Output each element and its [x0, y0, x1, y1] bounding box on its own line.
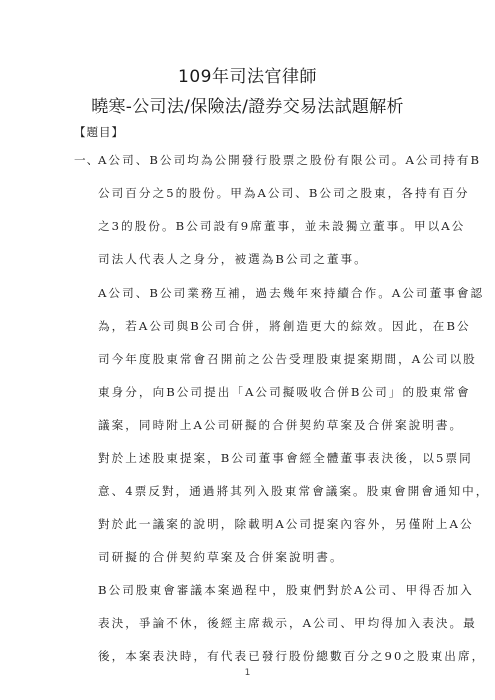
page-number: 1 — [0, 668, 495, 678]
text-line: 對於上述股東提案，B公司董事會經全體董事表決後，以5票同 — [98, 450, 473, 466]
text-line: A公司、B公司均為公開發行股票之股份有限公司。A公司持有B — [98, 152, 481, 168]
text-line: 議案，同時附上A公司研擬的合併契約草案及合併案說明書。 — [98, 417, 463, 433]
text-line: 表決，爭論不休，後經主席裁示，A公司、甲均得加入表決。最 — [98, 615, 477, 631]
text-line: 對於此一議案的說明，除載明A公司提案內容外，另僅附上A公 — [98, 516, 474, 532]
text-line: 東身分，向B公司提出「A公司擬吸收合併B公司」的股東常會 — [98, 384, 471, 400]
document-page: 109年司法官律師 曉寒-公司法/保險法/證券交易法試題解析 【題目】 一、 A… — [0, 0, 495, 700]
question-number: 一、 — [74, 152, 99, 168]
section-label: 【題目】 — [74, 124, 124, 140]
text-line: 為，若A公司與B公司合併，將創造更大的綜效。因此，在B公 — [98, 318, 471, 334]
text-line: 意、4票反對，通過將其列入股東常會議案。股東會開會通知中， — [98, 483, 489, 499]
text-line: 司今年度股東常會召開前之公告受理股東提案期間，A公司以股 — [98, 351, 477, 367]
document-title: 109年司法官律師 — [0, 62, 495, 87]
text-line: B公司股東會審議本案過程中，股東們對於A公司、甲得否加入 — [98, 582, 474, 598]
text-line: 後，本案表決時，有代表已發行股份總數百分之90之股東出席， — [98, 648, 485, 664]
text-line: A公司、B公司業務互補，過去幾年來持續合作。A公司董事會認 — [98, 285, 484, 301]
text-line: 司法人代表人之身分，被選為B公司之董事。 — [98, 251, 368, 267]
document-subtitle: 曉寒-公司法/保險法/證券交易法試題解析 — [0, 92, 495, 117]
text-line: 公司百分之5的股份。甲為A公司、B公司之股東，各持有百分 — [98, 185, 470, 201]
text-line: 司研擬的合併契約草案及合併案說明書。 — [98, 549, 344, 565]
text-line: 之3的股份。B公司設有9席董事，並未設獨立董事。甲以A公 — [98, 218, 465, 234]
